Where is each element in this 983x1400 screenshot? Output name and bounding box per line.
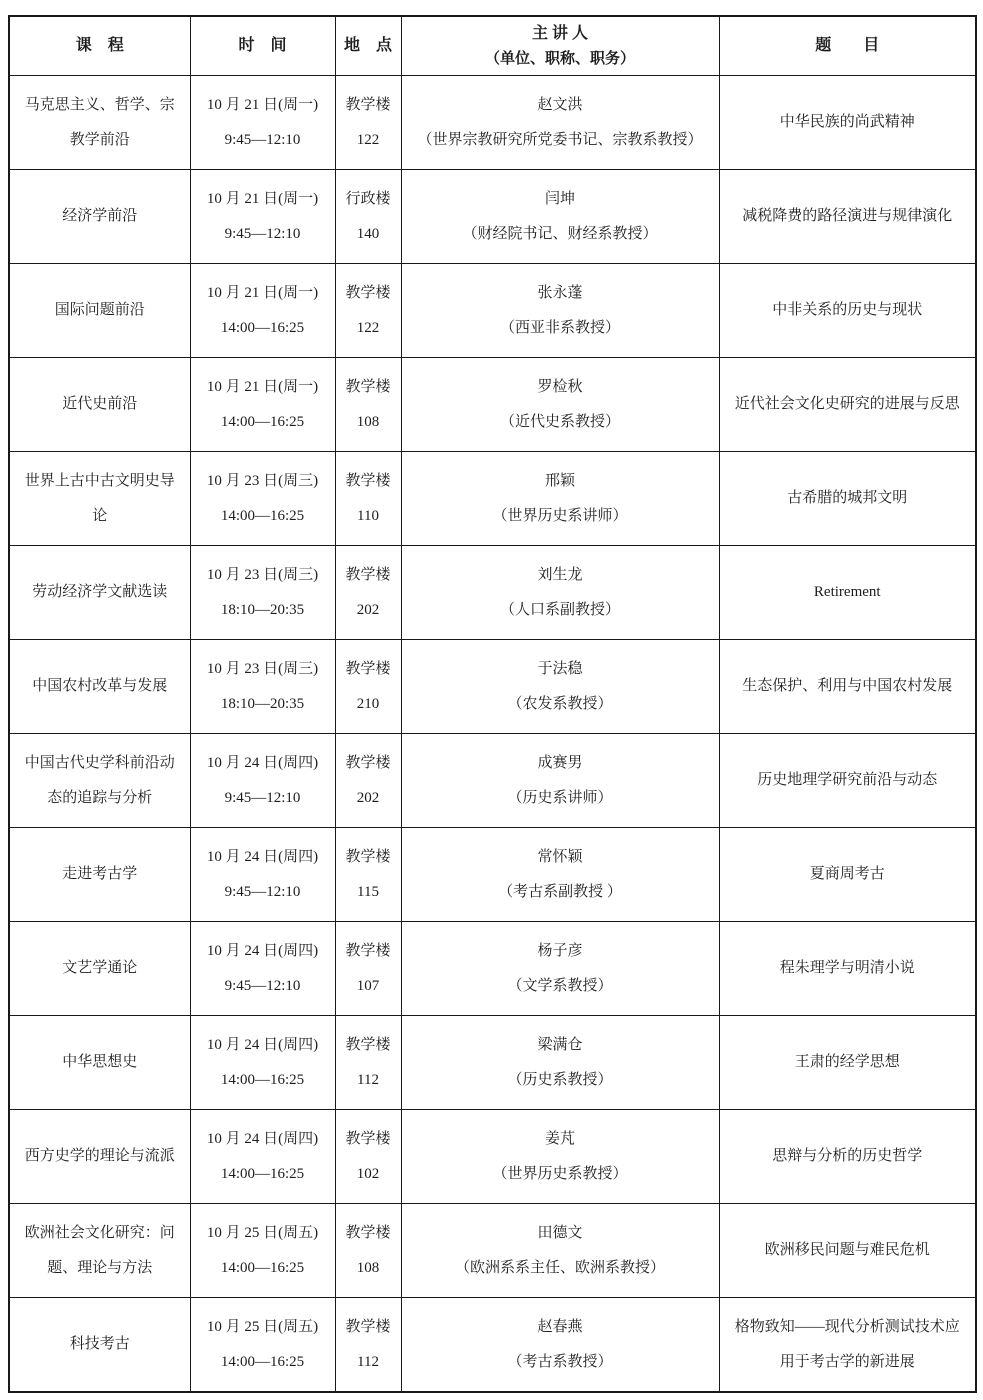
lecture-date: 10 月 25 日(周五) xyxy=(199,1310,327,1345)
speaker-title: （近代史系教授） xyxy=(410,405,711,440)
cell-time: 10 月 23 日(周三) 18:10—20:35 xyxy=(190,546,335,640)
speaker-title: （文学系教授） xyxy=(410,969,711,1004)
cell-location: 教学楼 202 xyxy=(335,734,401,828)
cell-location: 教学楼 122 xyxy=(335,264,401,358)
location-room: 210 xyxy=(344,687,393,722)
lecture-schedule-table: 课 程 时 间 地 点 主 讲 人 （单位、职称、职务） 题 目 马克思主义、哲… xyxy=(8,15,977,1393)
topic-text: 近代社会文化史研究的进展与反思 xyxy=(728,387,968,422)
location-room: 122 xyxy=(344,311,393,346)
speaker-name: 于法稳 xyxy=(410,652,711,687)
speaker-title: （世界宗教研究所党委书记、宗教系教授） xyxy=(410,123,711,158)
speaker-title: （欧洲系系主任、欧洲系教授） xyxy=(410,1251,711,1286)
cell-speaker: 杨子彦 （文学系教授） xyxy=(401,922,719,1016)
location-building: 教学楼 xyxy=(344,558,393,593)
cell-location: 教学楼 107 xyxy=(335,922,401,1016)
location-room: 202 xyxy=(344,781,393,816)
lecture-time: 14:00—16:25 xyxy=(199,405,327,440)
topic-text: 中非关系的历史与现状 xyxy=(728,293,968,328)
lecture-time: 9:45—12:10 xyxy=(199,969,327,1004)
speaker-name: 赵春燕 xyxy=(410,1310,711,1345)
cell-course: 西方史学的理论与流派 xyxy=(9,1110,190,1204)
location-room: 140 xyxy=(344,217,393,252)
cell-location: 教学楼 102 xyxy=(335,1110,401,1204)
cell-time: 10 月 21 日(周一) 14:00—16:25 xyxy=(190,264,335,358)
cell-location: 教学楼 115 xyxy=(335,828,401,922)
lecture-date: 10 月 23 日(周三) xyxy=(199,464,327,499)
cell-topic: 思辩与分析的历史哲学 xyxy=(719,1110,976,1204)
header-topic: 题 目 xyxy=(719,16,976,76)
cell-speaker: 邢颖 （世界历史系讲师） xyxy=(401,452,719,546)
table-row: 马克思主义、哲学、宗教学前沿 10 月 21 日(周一) 9:45—12:10 … xyxy=(9,76,976,170)
lecture-date: 10 月 24 日(周四) xyxy=(199,746,327,781)
cell-location: 教学楼 112 xyxy=(335,1016,401,1110)
topic-text: 生态保护、利用与中国农村发展 xyxy=(728,669,968,704)
cell-topic: Retirement xyxy=(719,546,976,640)
lecture-date: 10 月 23 日(周三) xyxy=(199,558,327,593)
lecture-time: 9:45—12:10 xyxy=(199,781,327,816)
cell-location: 教学楼 108 xyxy=(335,1204,401,1298)
topic-text: 格物致知——现代分析测试技术应用于考古学的新进展 xyxy=(728,1310,968,1379)
cell-topic: 近代社会文化史研究的进展与反思 xyxy=(719,358,976,452)
cell-course: 经济学前沿 xyxy=(9,170,190,264)
cell-course: 走进考古学 xyxy=(9,828,190,922)
header-row: 课 程 时 间 地 点 主 讲 人 （单位、职称、职务） 题 目 xyxy=(9,16,976,76)
location-room: 115 xyxy=(344,875,393,910)
location-building: 行政楼 xyxy=(344,182,393,217)
table-row: 国际问题前沿 10 月 21 日(周一) 14:00—16:25 教学楼 122… xyxy=(9,264,976,358)
course-name: 劳动经济学文献选读 xyxy=(18,575,182,610)
speaker-name: 杨子彦 xyxy=(410,934,711,969)
location-building: 教学楼 xyxy=(344,652,393,687)
lecture-date: 10 月 21 日(周一) xyxy=(199,276,327,311)
cell-time: 10 月 24 日(周四) 9:45—12:10 xyxy=(190,828,335,922)
lecture-time: 14:00—16:25 xyxy=(199,1063,327,1098)
cell-time: 10 月 24 日(周四) 9:45—12:10 xyxy=(190,734,335,828)
table-row: 走进考古学 10 月 24 日(周四) 9:45—12:10 教学楼 115 常… xyxy=(9,828,976,922)
lecture-time: 14:00—16:25 xyxy=(199,1345,327,1380)
location-building: 教学楼 xyxy=(344,1216,393,1251)
course-name: 中华思想史 xyxy=(18,1045,182,1080)
header-speaker: 主 讲 人 （单位、职称、职务） xyxy=(401,16,719,76)
table-row: 中华思想史 10 月 24 日(周四) 14:00—16:25 教学楼 112 … xyxy=(9,1016,976,1110)
cell-speaker: 成赛男 （历史系讲师） xyxy=(401,734,719,828)
speaker-name: 梁满仓 xyxy=(410,1028,711,1063)
course-name: 西方史学的理论与流派 xyxy=(18,1139,182,1174)
topic-text: 中华民族的尚武精神 xyxy=(728,105,968,140)
lecture-date: 10 月 21 日(周一) xyxy=(199,182,327,217)
table-row: 世界上古中古文明史导论 10 月 23 日(周三) 14:00—16:25 教学… xyxy=(9,452,976,546)
lecture-date: 10 月 21 日(周一) xyxy=(199,88,327,123)
cell-location: 教学楼 112 xyxy=(335,1298,401,1393)
lecture-time: 14:00—16:25 xyxy=(199,499,327,534)
speaker-name: 常怀颖 xyxy=(410,840,711,875)
course-name: 世界上古中古文明史导论 xyxy=(18,464,182,533)
cell-speaker: 常怀颖 （考古系副教授 ） xyxy=(401,828,719,922)
speaker-title: （考古系教授） xyxy=(410,1345,711,1380)
speaker-name: 姜芃 xyxy=(410,1122,711,1157)
cell-topic: 王肃的经学思想 xyxy=(719,1016,976,1110)
lecture-time: 18:10—20:35 xyxy=(199,593,327,628)
course-name: 经济学前沿 xyxy=(18,199,182,234)
cell-time: 10 月 24 日(周四) 14:00—16:25 xyxy=(190,1110,335,1204)
course-name: 国际问题前沿 xyxy=(18,293,182,328)
speaker-title: （历史系教授） xyxy=(410,1063,711,1098)
cell-speaker: 姜芃 （世界历史系教授） xyxy=(401,1110,719,1204)
cell-speaker: 刘生龙 （人口系副教授） xyxy=(401,546,719,640)
document-page: 课 程 时 间 地 点 主 讲 人 （单位、职称、职务） 题 目 马克思主义、哲… xyxy=(0,0,983,1400)
topic-text: 思辩与分析的历史哲学 xyxy=(728,1139,968,1174)
cell-course: 世界上古中古文明史导论 xyxy=(9,452,190,546)
cell-speaker: 梁满仓 （历史系教授） xyxy=(401,1016,719,1110)
location-room: 110 xyxy=(344,499,393,534)
cell-course: 马克思主义、哲学、宗教学前沿 xyxy=(9,76,190,170)
cell-topic: 格物致知——现代分析测试技术应用于考古学的新进展 xyxy=(719,1298,976,1393)
cell-location: 教学楼 108 xyxy=(335,358,401,452)
table-row: 近代史前沿 10 月 21 日(周一) 14:00—16:25 教学楼 108 … xyxy=(9,358,976,452)
course-name: 走进考古学 xyxy=(18,857,182,892)
topic-text: 古希腊的城邦文明 xyxy=(728,481,968,516)
lecture-date: 10 月 24 日(周四) xyxy=(199,840,327,875)
location-building: 教学楼 xyxy=(344,88,393,123)
cell-time: 10 月 24 日(周四) 14:00—16:25 xyxy=(190,1016,335,1110)
location-building: 教学楼 xyxy=(344,934,393,969)
cell-course: 劳动经济学文献选读 xyxy=(9,546,190,640)
cell-time: 10 月 25 日(周五) 14:00—16:25 xyxy=(190,1298,335,1393)
cell-location: 行政楼 140 xyxy=(335,170,401,264)
topic-text: 欧洲移民问题与难民危机 xyxy=(728,1233,968,1268)
header-speaker-title: 主 讲 人 xyxy=(406,21,715,47)
cell-course: 中华思想史 xyxy=(9,1016,190,1110)
speaker-title: （世界历史系讲师） xyxy=(410,499,711,534)
speaker-title: （考古系副教授 ） xyxy=(410,875,711,910)
location-room: 107 xyxy=(344,969,393,1004)
cell-topic: 欧洲移民问题与难民危机 xyxy=(719,1204,976,1298)
speaker-name: 闫坤 xyxy=(410,182,711,217)
speaker-name: 邢颖 xyxy=(410,464,711,499)
table-body: 马克思主义、哲学、宗教学前沿 10 月 21 日(周一) 9:45—12:10 … xyxy=(9,76,976,1393)
location-room: 202 xyxy=(344,593,393,628)
cell-course: 科技考古 xyxy=(9,1298,190,1393)
cell-course: 中国农村改革与发展 xyxy=(9,640,190,734)
table-row: 西方史学的理论与流派 10 月 24 日(周四) 14:00—16:25 教学楼… xyxy=(9,1110,976,1204)
cell-course: 近代史前沿 xyxy=(9,358,190,452)
cell-topic: 古希腊的城邦文明 xyxy=(719,452,976,546)
cell-speaker: 赵文洪 （世界宗教研究所党委书记、宗教系教授） xyxy=(401,76,719,170)
location-building: 教学楼 xyxy=(344,1122,393,1157)
lecture-date: 10 月 24 日(周四) xyxy=(199,934,327,969)
table-row: 科技考古 10 月 25 日(周五) 14:00—16:25 教学楼 112 赵… xyxy=(9,1298,976,1393)
cell-speaker: 闫坤 （财经院书记、财经系教授） xyxy=(401,170,719,264)
lecture-time: 14:00—16:25 xyxy=(199,311,327,346)
cell-location: 教学楼 202 xyxy=(335,546,401,640)
location-building: 教学楼 xyxy=(344,276,393,311)
speaker-title: （世界历史系教授） xyxy=(410,1157,711,1192)
header-course: 课 程 xyxy=(9,16,190,76)
location-room: 108 xyxy=(344,1251,393,1286)
cell-topic: 生态保护、利用与中国农村发展 xyxy=(719,640,976,734)
cell-course: 欧洲社会文化研究：问题、理论与方法 xyxy=(9,1204,190,1298)
cell-speaker: 罗检秋 （近代史系教授） xyxy=(401,358,719,452)
cell-topic: 夏商周考古 xyxy=(719,828,976,922)
table-row: 文艺学通论 10 月 24 日(周四) 9:45—12:10 教学楼 107 杨… xyxy=(9,922,976,1016)
cell-speaker: 赵春燕 （考古系教授） xyxy=(401,1298,719,1393)
course-name: 近代史前沿 xyxy=(18,387,182,422)
table-header: 课 程 时 间 地 点 主 讲 人 （单位、职称、职务） 题 目 xyxy=(9,16,976,76)
lecture-time: 14:00—16:25 xyxy=(199,1251,327,1286)
speaker-title: （人口系副教授） xyxy=(410,593,711,628)
cell-topic: 历史地理学研究前沿与动态 xyxy=(719,734,976,828)
topic-text: 减税降费的路径演进与规律演化 xyxy=(728,199,968,234)
cell-time: 10 月 21 日(周一) 14:00—16:25 xyxy=(190,358,335,452)
location-building: 教学楼 xyxy=(344,464,393,499)
cell-time: 10 月 23 日(周三) 14:00—16:25 xyxy=(190,452,335,546)
topic-text: Retirement xyxy=(728,575,968,610)
lecture-time: 14:00—16:25 xyxy=(199,1157,327,1192)
location-building: 教学楼 xyxy=(344,746,393,781)
speaker-name: 罗检秋 xyxy=(410,370,711,405)
cell-time: 10 月 25 日(周五) 14:00—16:25 xyxy=(190,1204,335,1298)
lecture-date: 10 月 24 日(周四) xyxy=(199,1028,327,1063)
course-name: 马克思主义、哲学、宗教学前沿 xyxy=(18,88,182,157)
location-building: 教学楼 xyxy=(344,1310,393,1345)
lecture-time: 18:10—20:35 xyxy=(199,687,327,722)
location-room: 112 xyxy=(344,1063,393,1098)
location-building: 教学楼 xyxy=(344,840,393,875)
speaker-title: （西亚非系教授） xyxy=(410,311,711,346)
lecture-time: 9:45—12:10 xyxy=(199,123,327,158)
topic-text: 王肃的经学思想 xyxy=(728,1045,968,1080)
course-name: 中国农村改革与发展 xyxy=(18,669,182,704)
cell-course: 文艺学通论 xyxy=(9,922,190,1016)
cell-course: 国际问题前沿 xyxy=(9,264,190,358)
table-row: 中国古代史学科前沿动态的追踪与分析 10 月 24 日(周四) 9:45—12:… xyxy=(9,734,976,828)
cell-location: 教学楼 122 xyxy=(335,76,401,170)
course-name: 文艺学通论 xyxy=(18,951,182,986)
location-room: 122 xyxy=(344,123,393,158)
speaker-name: 张永蓬 xyxy=(410,276,711,311)
cell-time: 10 月 21 日(周一) 9:45—12:10 xyxy=(190,170,335,264)
topic-text: 程朱理学与明清小说 xyxy=(728,951,968,986)
table-row: 经济学前沿 10 月 21 日(周一) 9:45—12:10 行政楼 140 闫… xyxy=(9,170,976,264)
speaker-title: （农发系教授） xyxy=(410,687,711,722)
course-name: 科技考古 xyxy=(18,1327,182,1362)
lecture-date: 10 月 24 日(周四) xyxy=(199,1122,327,1157)
cell-speaker: 张永蓬 （西亚非系教授） xyxy=(401,264,719,358)
location-building: 教学楼 xyxy=(344,1028,393,1063)
cell-time: 10 月 23 日(周三) 18:10—20:35 xyxy=(190,640,335,734)
lecture-time: 9:45—12:10 xyxy=(199,217,327,252)
lecture-date: 10 月 25 日(周五) xyxy=(199,1216,327,1251)
cell-topic: 中非关系的历史与现状 xyxy=(719,264,976,358)
cell-location: 教学楼 110 xyxy=(335,452,401,546)
speaker-name: 成赛男 xyxy=(410,746,711,781)
table-row: 劳动经济学文献选读 10 月 23 日(周三) 18:10—20:35 教学楼 … xyxy=(9,546,976,640)
cell-topic: 中华民族的尚武精神 xyxy=(719,76,976,170)
cell-course: 中国古代史学科前沿动态的追踪与分析 xyxy=(9,734,190,828)
speaker-title: （财经院书记、财经系教授） xyxy=(410,217,711,252)
location-room: 102 xyxy=(344,1157,393,1192)
cell-time: 10 月 24 日(周四) 9:45—12:10 xyxy=(190,922,335,1016)
location-building: 教学楼 xyxy=(344,370,393,405)
speaker-title: （历史系讲师） xyxy=(410,781,711,816)
location-room: 112 xyxy=(344,1345,393,1380)
header-speaker-subtitle: （单位、职称、职务） xyxy=(406,47,715,71)
table-row: 欧洲社会文化研究：问题、理论与方法 10 月 25 日(周五) 14:00—16… xyxy=(9,1204,976,1298)
header-location: 地 点 xyxy=(335,16,401,76)
cell-speaker: 于法稳 （农发系教授） xyxy=(401,640,719,734)
topic-text: 历史地理学研究前沿与动态 xyxy=(728,763,968,798)
table-row: 中国农村改革与发展 10 月 23 日(周三) 18:10—20:35 教学楼 … xyxy=(9,640,976,734)
speaker-name: 田德文 xyxy=(410,1216,711,1251)
cell-topic: 减税降费的路径演进与规律演化 xyxy=(719,170,976,264)
course-name: 欧洲社会文化研究：问题、理论与方法 xyxy=(18,1216,182,1285)
cell-time: 10 月 21 日(周一) 9:45—12:10 xyxy=(190,76,335,170)
cell-speaker: 田德文 （欧洲系系主任、欧洲系教授） xyxy=(401,1204,719,1298)
lecture-date: 10 月 23 日(周三) xyxy=(199,652,327,687)
speaker-name: 赵文洪 xyxy=(410,88,711,123)
lecture-date: 10 月 21 日(周一) xyxy=(199,370,327,405)
topic-text: 夏商周考古 xyxy=(728,857,968,892)
lecture-time: 9:45—12:10 xyxy=(199,875,327,910)
cell-topic: 程朱理学与明清小说 xyxy=(719,922,976,1016)
speaker-name: 刘生龙 xyxy=(410,558,711,593)
course-name: 中国古代史学科前沿动态的追踪与分析 xyxy=(18,746,182,815)
header-time: 时 间 xyxy=(190,16,335,76)
cell-location: 教学楼 210 xyxy=(335,640,401,734)
location-room: 108 xyxy=(344,405,393,440)
